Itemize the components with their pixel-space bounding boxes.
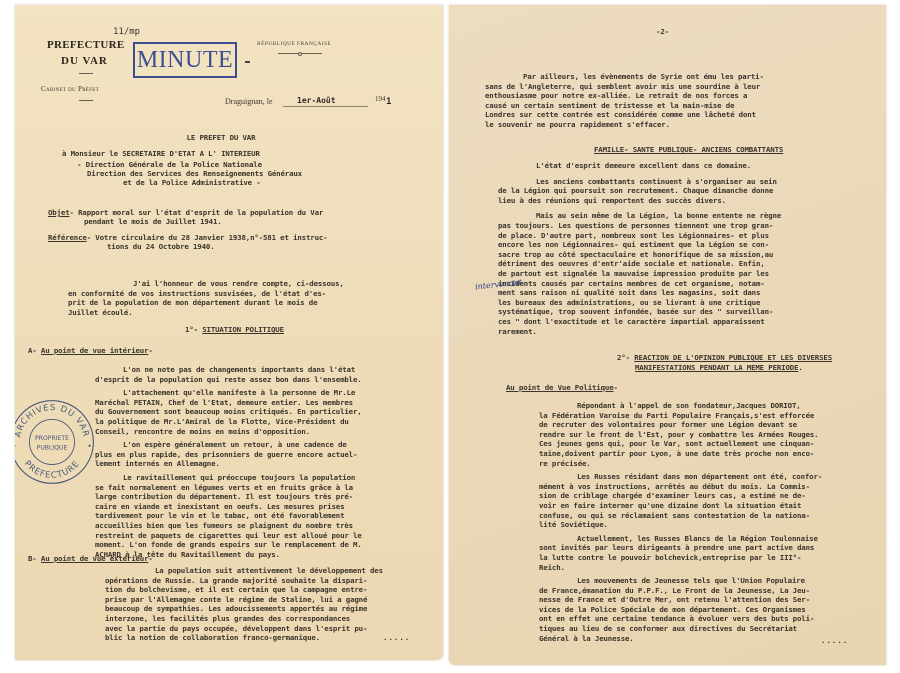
text-line: Mais au sein même de la Légion, la bonne… — [498, 211, 883, 221]
paragraph: L'on ne note pas de changements importan… — [95, 365, 443, 384]
text-line: ment sans raison ni qualité soit dans le… — [498, 288, 883, 298]
text-line: Reich. — [539, 563, 884, 573]
subsection-b-body: La population suit attentivement le déve… — [105, 566, 443, 643]
text-line: caire en viande et inexistant en oeufs. … — [95, 502, 443, 512]
minute-stamp-text: MINUTE — [137, 47, 233, 74]
text-line: rendre sur le front de l'Est, pour y com… — [539, 430, 884, 440]
text-line: Par ailleurs, les évènements de Syrie on… — [485, 72, 870, 82]
text-line: taine,doivent partir pour Lyon, à une da… — [539, 449, 884, 459]
text-line: avec la partie du pays occupée, développ… — [105, 624, 443, 634]
text-line: du Gouvernement sont beaucoup moins crit… — [95, 407, 443, 417]
syrie-paragraph: Par ailleurs, les évènements de Syrie on… — [485, 72, 870, 130]
text-line: plus en plus rapide, des prisonniers de … — [95, 450, 443, 460]
text-line: pas toujours. Les questions de personnes… — [498, 221, 883, 231]
text-line: nesse de France et d'Outre Mer, ont rete… — [539, 595, 884, 605]
subsection-politique-heading: Au point de Vue Politique- — [506, 383, 618, 393]
text-line: restreint de paquets de cigarettes qui l… — [95, 531, 443, 541]
minute-stamp: MINUTE — [133, 42, 237, 78]
text-line: Les mouvements de Jeunesse tels que l'Un… — [539, 576, 884, 586]
intro-paragraph: J'ai l'honneur de vous rendre compte, ci… — [68, 279, 428, 317]
text-line: causé un certain sentiment de tristesse … — [485, 101, 870, 111]
document-page-1: 11/mp PREFECTURE DU VAR Cabinet du Préfe… — [15, 5, 443, 660]
date-value: 1er-Août — [297, 96, 336, 105]
continuation-dots: ..... — [383, 633, 410, 643]
text-line: vices de la Police Spéciale de mon dépar… — [539, 605, 884, 615]
letterhead-cabinet: Cabinet du Préfet — [41, 85, 99, 93]
paragraph: La population suit attentivement le déve… — [105, 566, 443, 643]
text-line: Actuellement, les Russes Blancs de la Ré… — [539, 534, 884, 544]
text-line: accueillies bien que les fumeurs se plai… — [95, 521, 443, 531]
text-line: la politique de Mr.L'Amiral de la Flotte… — [95, 417, 443, 427]
text-line: ont en effet une certaine tendance à évo… — [539, 614, 884, 624]
sender-heading: LE PREFET DU VAR — [15, 133, 435, 143]
year-printed: 194 — [375, 95, 386, 103]
text-line: de place. D'autre part, nombreux sont le… — [498, 231, 883, 241]
text-line: tiques au lieu de se conformer aux direc… — [539, 624, 884, 634]
text-line: sion de criblage chargée d'examiner leur… — [539, 491, 884, 501]
text-line: incidents causés par certains membres de… — [498, 279, 883, 289]
svg-text:PROPRIETE: PROPRIETE — [35, 435, 69, 442]
text-line: lement internés en Allemagne. — [95, 459, 443, 469]
text-line: le souvenir ne pourra rapidement s'effac… — [485, 120, 870, 130]
paragraph: Les anciens combattants continuent à s'o… — [498, 177, 883, 206]
section-famille-body: L'état d'esprit demeure excellent dans c… — [498, 161, 883, 336]
text-line: se fait normalement en légumes verts et … — [95, 483, 443, 493]
text-line: Les Russes résidant dans mon département… — [539, 472, 884, 482]
paragraph: L'attachement qu'elle manifeste à la per… — [95, 388, 443, 436]
text-line: re précisée. — [539, 459, 884, 469]
objet-text: - Rapport moral sur l'état d'esprit de l… — [70, 208, 324, 217]
text-line: confuse, ou qui se réclamaient sans cont… — [539, 511, 884, 521]
recipient-line: à Monsieur le SECRETAIRE D'ETAT A L' INT… — [62, 149, 260, 159]
text-line: la lutte contre le pouvoir bolchevick,en… — [539, 553, 884, 563]
text-line: L'on espère généralement un retour, à un… — [95, 440, 443, 450]
letterhead-office-line2: DU VAR — [61, 55, 108, 67]
text-line: les bureaux des administrations, ou se l… — [498, 298, 883, 308]
reference-code: 11/mp — [113, 27, 140, 37]
text-line: mément à vos instructions, arrêtés au dé… — [539, 482, 884, 492]
text-line: L'on ne note pas de changements importan… — [95, 365, 443, 375]
text-line: Conseil, rencontre de moins en moins d'o… — [95, 427, 443, 437]
continuation-dots: ..... — [821, 636, 848, 646]
text-line: Londres sur cette contrée est considérée… — [485, 110, 870, 120]
paragraph: Par ailleurs, les évènements de Syrie on… — [485, 72, 870, 130]
text-line: Les anciens combattants continuent à s'o… — [498, 177, 883, 187]
text-line: ces " dont l'exactitude et le caractère … — [498, 317, 883, 327]
text-line: large contribution du département. Il es… — [95, 492, 443, 502]
section-1-heading: 1°- SITUATION POLITIQUE — [185, 325, 284, 335]
letterhead-divider — [79, 73, 93, 74]
paragraph: Actuellement, les Russes Blancs de la Ré… — [539, 534, 884, 572]
reference-text: - Votre circulaire du 28 Janvier 1938,n°… — [87, 233, 328, 242]
text-line: détriment des oeuvres d'entr'aide social… — [498, 259, 883, 269]
svg-text:ARCHIVES DU VAR: ARCHIVES DU VAR — [15, 402, 92, 438]
text-line: encore les non Légionnaires- qui estimen… — [498, 240, 883, 250]
text-line: prise par l'Allemagne conte le régime de… — [105, 595, 443, 605]
republique-heading: RÉPUBLIQUE FRANÇAISE — [257, 41, 331, 47]
text-line: sans de l'Angleterre, qui semblent avoir… — [485, 82, 870, 92]
text-line: Ces jeunes gens qui, pour le Var, sont a… — [539, 439, 884, 449]
place-label: Draguignan, le — [225, 97, 273, 106]
paragraph: Mais au sein même de la Légion, la bonne… — [498, 211, 883, 336]
text-line: La population suit attentivement le déve… — [105, 566, 443, 576]
reference-label: Référence — [48, 233, 87, 242]
reference-text-line2: tions du 24 Octobre 1940. — [107, 242, 215, 252]
svg-text:PUBLIQUE: PUBLIQUE — [37, 445, 68, 452]
objet-label: Objet — [48, 208, 70, 217]
subsection-politique-body: Répondant à l'appel de son fondateur,Jac… — [539, 401, 884, 643]
page-number: -2- — [449, 27, 881, 37]
text-line: lieu à des réunions qui remportent des s… — [498, 196, 883, 206]
text-line: Le ravitaillement qui préoccupe toujours… — [95, 473, 443, 483]
objet-text-line2: pendant le mois de Juillet 1941. — [84, 217, 222, 227]
text-line: tardivement pour le vin et le tabac, ont… — [95, 511, 443, 521]
stamp-dash — [245, 61, 250, 63]
text-line: de la Légion qui poursuit son recrutemen… — [498, 186, 883, 196]
text-line: la Fédération Varoise du Parti Populaire… — [539, 411, 884, 421]
subsection-a-body: L'on ne note pas de changements importan… — [95, 365, 443, 559]
letterhead-divider — [79, 100, 93, 101]
paragraph: Répondant à l'appel de son fondateur,Jac… — [539, 401, 884, 468]
text-line: beaucoup de sympathies. Les adoucissemen… — [105, 604, 443, 614]
letterhead-office-line1: PREFECTURE — [47, 39, 125, 51]
text-line: opérations de Russie. La grande majorité… — [105, 576, 443, 586]
text-line: de France,émanation du P.P.F., Le Front … — [539, 586, 884, 596]
section-2-heading-line2: MANIFESTATIONS PENDANT LA MEME PERIODE. — [635, 363, 803, 373]
text-line: Répondant à l'appel de son fondateur,Jac… — [539, 401, 884, 411]
text-line: L'état d'esprit demeure excellent dans c… — [498, 161, 883, 171]
subsection-b-heading: B- Au point de vue extérieur- — [28, 554, 153, 564]
text-line: lité Soviétique. — [539, 520, 884, 530]
republique-ornament-icon — [298, 52, 302, 56]
text-line: moment. L'on fonde de grands espoirs sur… — [95, 540, 443, 550]
section-2-heading: 2°- REACTION DE L'OPINION PUBLIQUE ET LE… — [617, 353, 832, 363]
text-line: Maréchal PETAIN, Chef de l'Etat, demeure… — [95, 398, 443, 408]
text-line: voir en faire interner qu'une dizaine do… — [539, 501, 884, 511]
text-line: de recruter des volontaires pour former … — [539, 420, 884, 430]
text-line: rarement. — [498, 327, 883, 337]
text-line: sont invités par leurs dirigeants à pren… — [539, 543, 884, 553]
text-line: interzone, les facilités plus grandes de… — [105, 614, 443, 624]
text-line: systématique, trop souvent infondée, bas… — [498, 307, 883, 317]
date-line — [283, 106, 368, 107]
text-line: enthousiasme pour notre ex-alliée. Le re… — [485, 91, 870, 101]
text-line: d'esprit de la population qui reste asse… — [95, 375, 443, 385]
text-line: de partout est signalée la mauvaise impr… — [498, 269, 883, 279]
document-page-2: -2- Par ailleurs, les évènements de Syri… — [449, 5, 886, 665]
paragraph: Les Russes résidant dans mon département… — [539, 472, 884, 530]
svg-text:PREFECTURE: PREFECTURE — [23, 458, 81, 480]
text-line: sacre trop au côté spectaculaire et hono… — [498, 250, 883, 260]
text-line: tion du bolchevisme, et il est certain q… — [105, 585, 443, 595]
paragraph: L'état d'esprit demeure excellent dans c… — [498, 161, 883, 171]
year-fill: 1 — [386, 97, 391, 107]
paragraph: Les mouvements de Jeunesse tels que l'Un… — [539, 576, 884, 643]
text-line: L'attachement qu'elle manifeste à la per… — [95, 388, 443, 398]
paragraph: L'on espère généralement un retour, à un… — [95, 440, 443, 469]
archive-stamp-icon: ARCHIVES DU VAR PREFECTURE PROPRIETE PUB… — [15, 395, 99, 489]
section-famille-heading: FAMILLE- SANTE PUBLIQUE- ANCIENS COMBATT… — [594, 145, 783, 155]
subsection-a-heading: A- Au point de vue intérieur- — [28, 346, 153, 356]
paragraph: Le ravitaillement qui préoccupe toujours… — [95, 473, 443, 559]
recipient-line: et de la Police Administrative - — [123, 178, 261, 188]
